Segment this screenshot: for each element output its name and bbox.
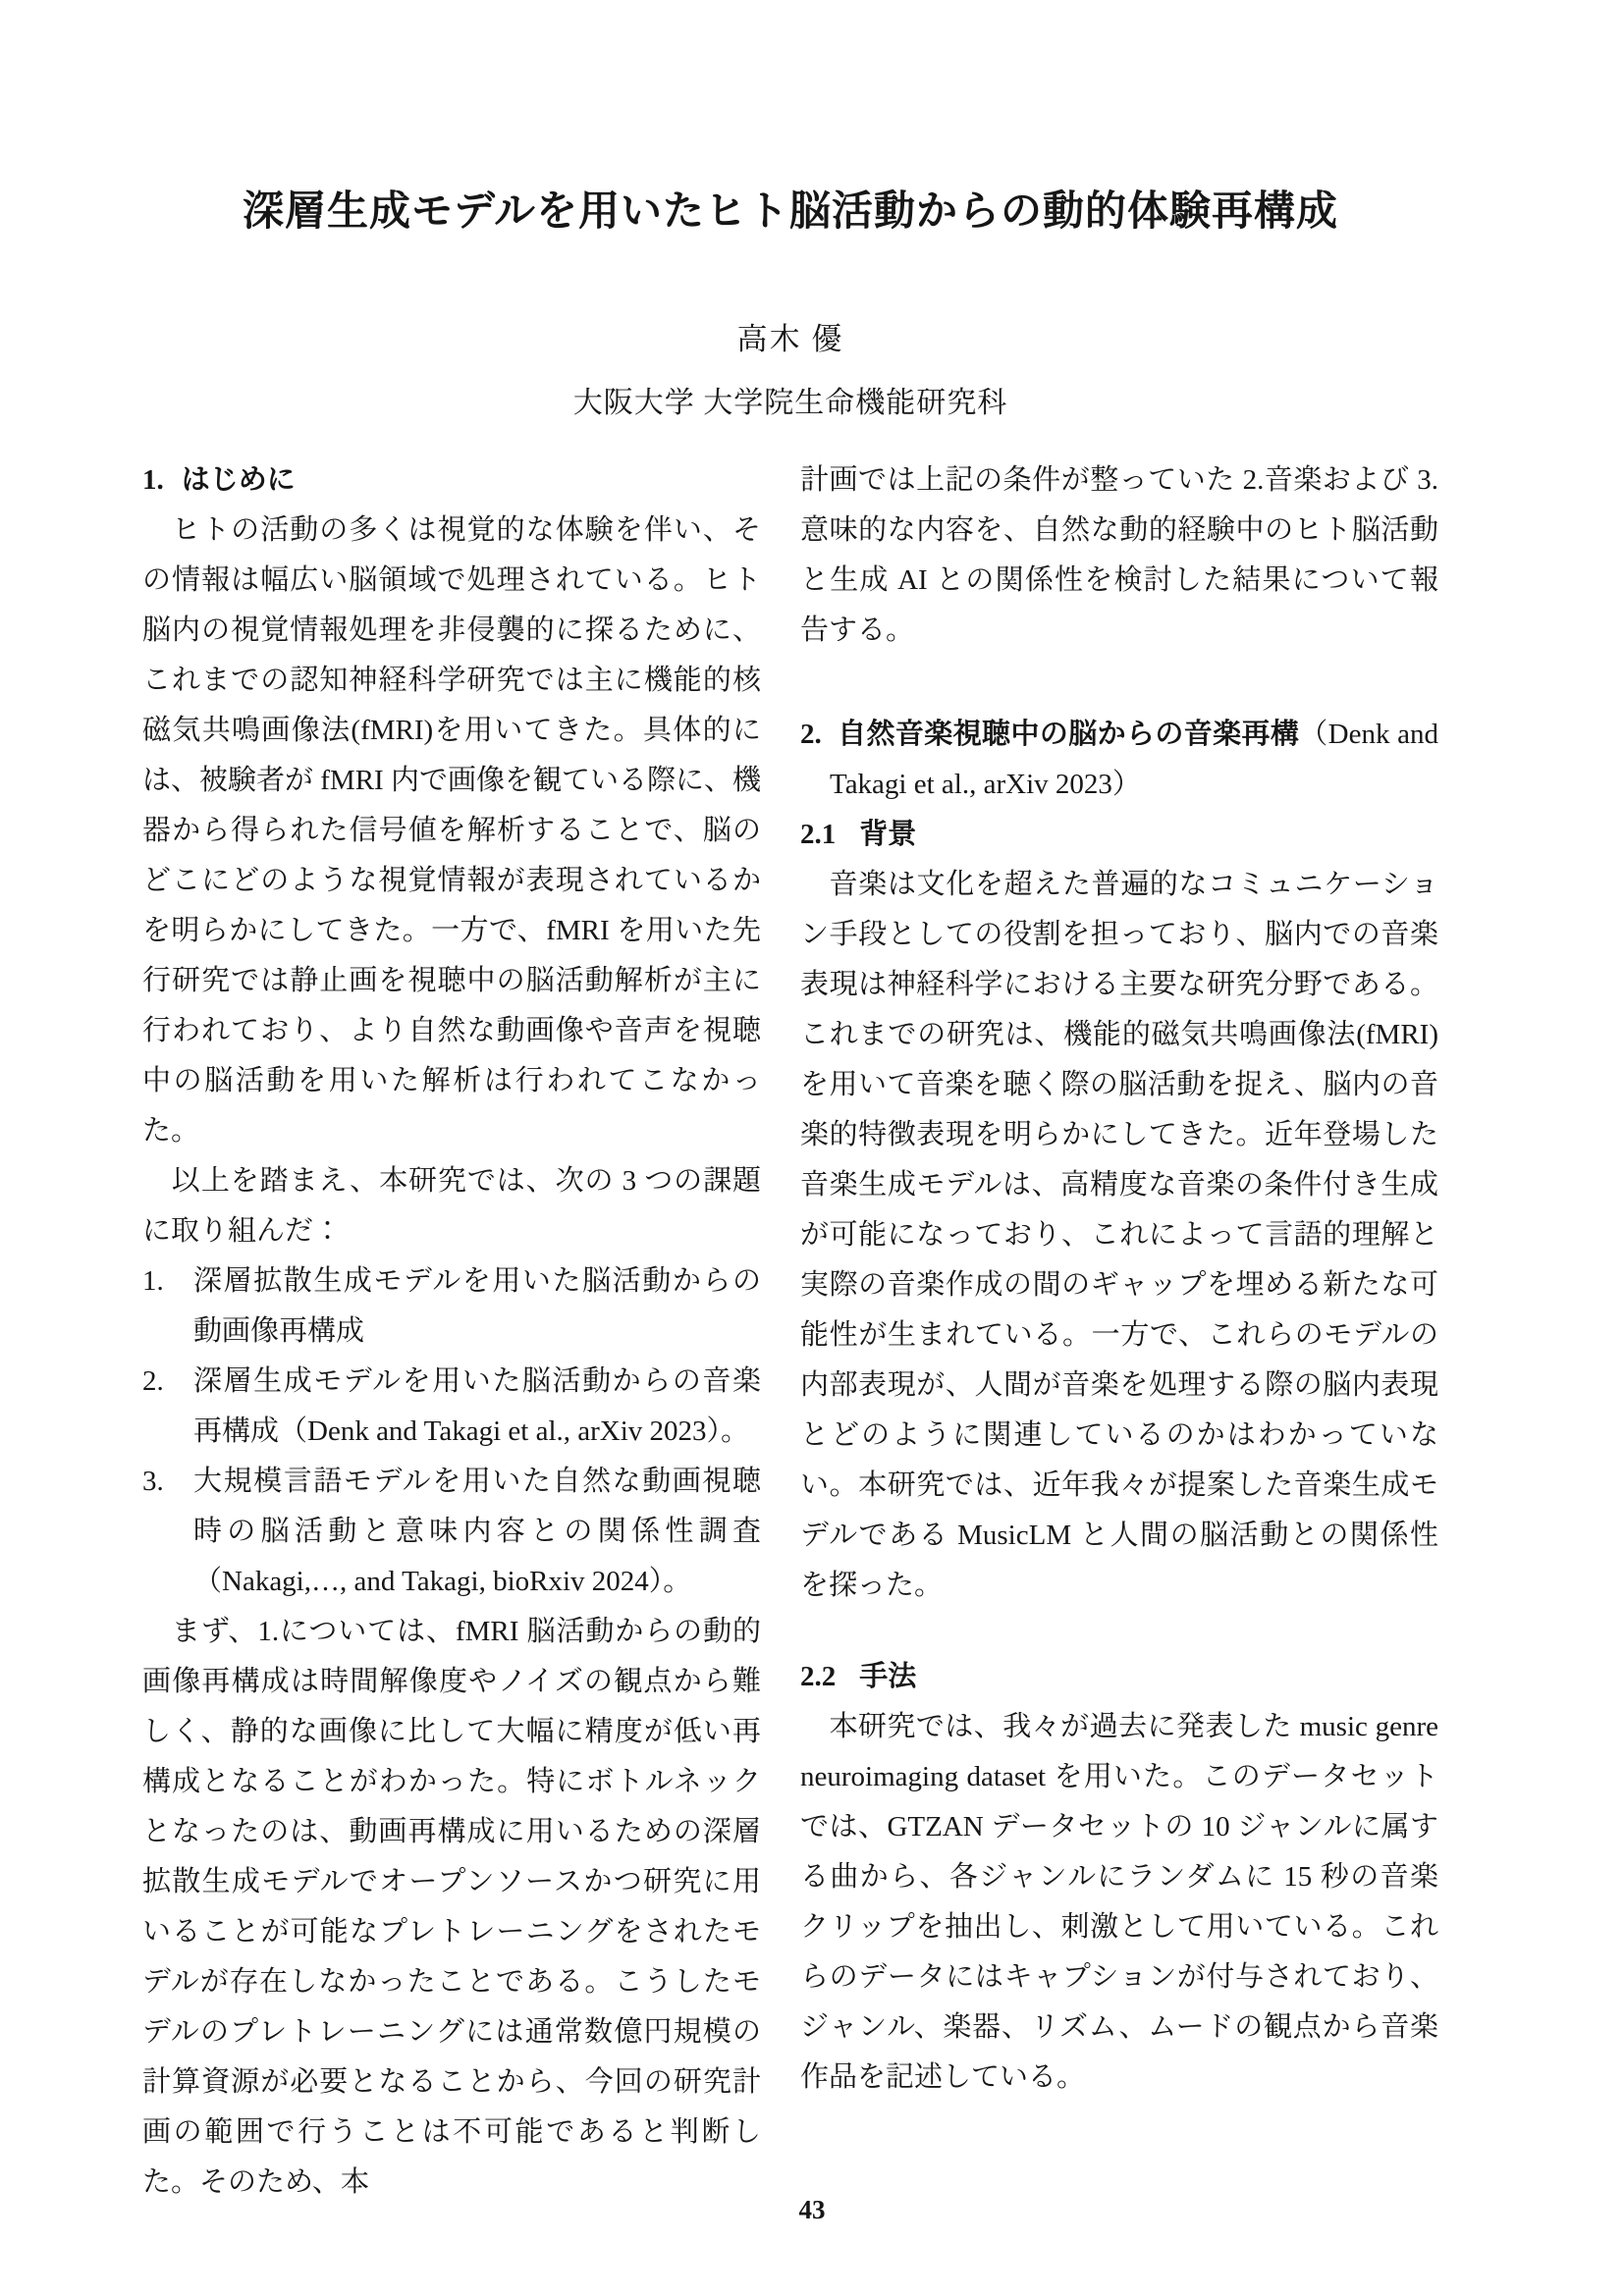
list-item-2-text: 深層生成モデルを用いた脳活動からの音楽再構成（Denk and Takagi e… — [193, 1365, 761, 1447]
two-column-body: 1.はじめに ヒトの活動の多くは視覚的な体験を伴い、その情報は幅広い脳領域で処理… — [142, 455, 1438, 2208]
paragraph-continuation: 計画では上記の条件が整っていた 2.音楽および 3.意味的な内容を、自然な動的経… — [800, 455, 1438, 656]
section-2-1-title: 背景 — [859, 819, 916, 850]
section-2-2-title: 手法 — [859, 1661, 916, 1692]
paragraph-method: 本研究では、我々が過去に発表した music genre neuroimagin… — [800, 1702, 1438, 2103]
list-item-3: 3.大規模言語モデルを用いた自然な動画視聴時の脳活動と意味内容との関係性調査（N… — [142, 1457, 761, 1607]
list-item-2-number: 2. — [142, 1357, 164, 1407]
section-2-title: 自然音楽視聴中の脳からの音楽再構 — [838, 719, 1300, 750]
author-name: 高木 優 — [142, 314, 1438, 358]
front-matter: 深層生成モデルを用いたヒト脳活動からの動的体験再構成 高木 優 大阪大学 大学院… — [142, 187, 1438, 421]
section-2-heading: 2.自然音楽視聴中の脳からの音楽再構（Denk and Takagi et al… — [800, 710, 1438, 810]
page-number: 43 — [0, 2195, 1624, 2225]
section-2-number: 2. — [800, 719, 822, 750]
paragraph-intro-2: 以上を踏まえ、本研究では、次の 3 つの課題に取り組んだ： — [142, 1156, 761, 1256]
list-item-1-number: 1. — [142, 1256, 164, 1307]
list-item-2: 2.深層生成モデルを用いた脳活動からの音楽再構成（Denk and Takagi… — [142, 1357, 761, 1457]
paragraph-intro-1: ヒトの活動の多くは視覚的な体験を伴い、その情報は幅広い脳領域で処理されている。ヒ… — [142, 506, 761, 1156]
list-item-3-number: 3. — [142, 1457, 164, 1507]
section-2-2-heading: 2.2手法 — [800, 1652, 1438, 1702]
list-item-1-text: 深層拡散生成モデルを用いた脳活動からの動画像再構成 — [193, 1265, 761, 1347]
right-column: 計画では上記の条件が整っていた 2.音楽および 3.意味的な内容を、自然な動的経… — [800, 455, 1438, 2208]
section-2-1-heading: 2.1背景 — [800, 810, 1438, 860]
section-2-1-number: 2.1 — [800, 819, 836, 850]
list-item-3-text: 大規模言語モデルを用いた自然な動画視聴時の脳活動と意味内容との関係性調査（Nak… — [193, 1466, 761, 1597]
section-1-number: 1. — [142, 464, 164, 496]
paragraph-background: 音楽は文化を超えた普遍的なコミュニケーション手段としての役割を担っており、脳内で… — [800, 860, 1438, 1611]
author-affiliation: 大阪大学 大学院生命機能研究科 — [142, 378, 1438, 421]
paragraph-intro-3: まず、1.については、fMRI 脳活動からの動的画像再構成は時間解像度やノイズの… — [142, 1607, 761, 2208]
list-item-1: 1.深層拡散生成モデルを用いた脳活動からの動画像再構成 — [142, 1256, 761, 1357]
section-1-heading: 1.はじめに — [142, 455, 761, 506]
page-title: 深層生成モデルを用いたヒト脳活動からの動的体験再構成 — [142, 187, 1438, 238]
section-1-title: はじめに — [182, 464, 296, 496]
section-2-2-number: 2.2 — [800, 1661, 836, 1692]
document-page: 深層生成モデルを用いたヒト脳活動からの動的体験再構成 高木 優 大阪大学 大学院… — [0, 0, 1624, 2296]
left-column: 1.はじめに ヒトの活動の多くは視覚的な体験を伴い、その情報は幅広い脳領域で処理… — [142, 455, 761, 2208]
